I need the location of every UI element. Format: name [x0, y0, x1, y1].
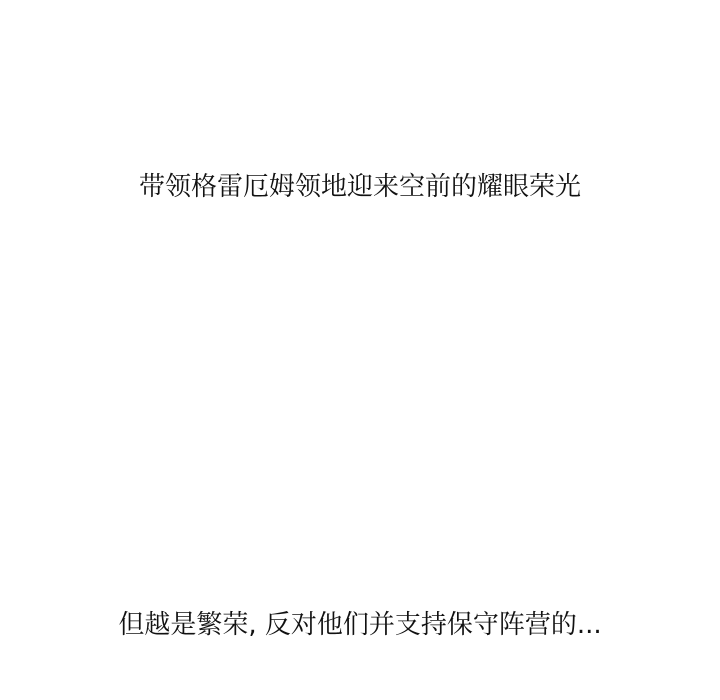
caption-top: 带领格雷厄姆领地迎来空前的耀眼荣光 [0, 170, 720, 204]
caption-bottom: 但越是繁荣, 反对他们并支持保守阵营的... [0, 608, 720, 642]
